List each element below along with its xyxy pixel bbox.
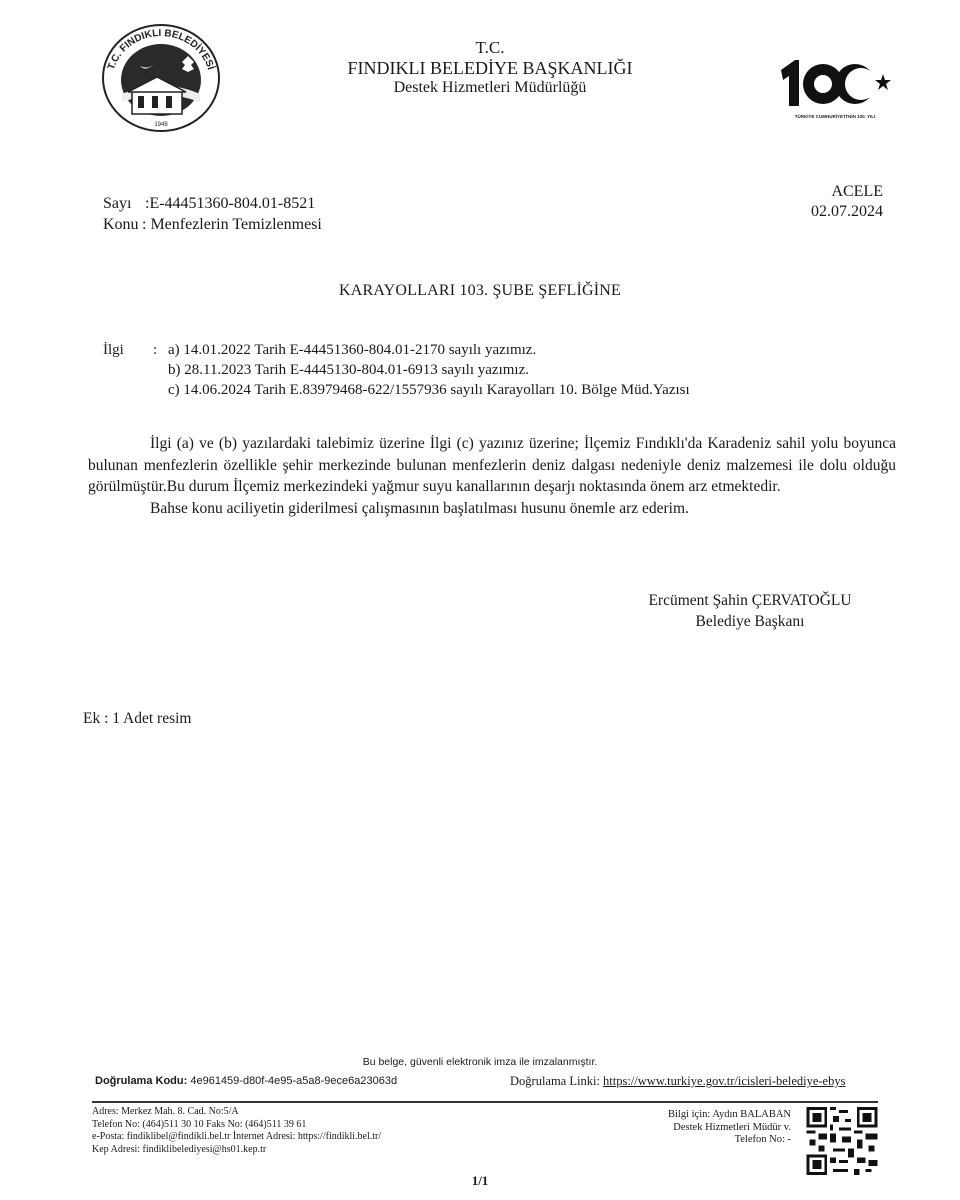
urgency-label: ACELE <box>811 182 883 202</box>
letterhead-institution: FINDIKLI BELEDİYE BAŞKANLIĞI <box>300 58 680 78</box>
info-phone: Telefon No: - <box>595 1134 791 1147</box>
svg-text:TÜRKİYE CUMHURİYETİ'NİN 100. Y: TÜRKİYE CUMHURİYETİ'NİN 100. YILI <box>795 113 876 119</box>
letter-body: İlgi (a) ve (b) yazılardaki talebimiz üz… <box>88 433 896 519</box>
contact-info: Adres: Merkez Mah. 8. Cad. No:5/A Telefo… <box>92 1106 381 1156</box>
verification-link-url[interactable]: https://www.turkiye.gov.tr/icisleri-bele… <box>603 1074 845 1088</box>
ilgi-label: İlgi <box>103 340 124 360</box>
document-date: 02.07.2024 <box>811 202 883 222</box>
phone-line: Telefon No: (464)511 30 10 Faks No: (464… <box>92 1119 381 1132</box>
page-number: 1/1 <box>0 1173 960 1189</box>
signer-name: Ercüment Şahin ÇERVATOĞLU <box>600 590 900 611</box>
email-line: e-Posta: findiklibel@findikli.bel.tr İnt… <box>92 1131 381 1144</box>
e-signature-note: Bu belge, güvenli elektronik imza ile im… <box>0 1056 960 1068</box>
body-paragraph: İlgi (a) ve (b) yazılardaki talebimiz üz… <box>88 433 896 498</box>
ilgi-list: a) 14.01.2022 Tarih E-44451360-804.01-21… <box>168 340 690 400</box>
konu-value: : Menfezlerin Temizlenmesi <box>142 216 322 233</box>
ilgi-colon: : <box>153 340 157 360</box>
sayi-row: Sayı:E-44451360-804.01-8521 <box>103 193 322 214</box>
info-contact: Bilgi için: Aydın BALABAN Destek Hizmetl… <box>595 1109 791 1147</box>
svg-text:1948: 1948 <box>154 122 168 128</box>
reference-block: Sayı:E-44451360-804.01-8521 Konu: Menfez… <box>103 193 322 235</box>
info-person: Bilgi için: Aydın BALABAN <box>595 1109 791 1122</box>
body-paragraph: Bahse konu aciliyetin giderilmesi çalışm… <box>88 498 896 520</box>
footer-divider <box>92 1101 878 1103</box>
verification-code-value: 4e961459-d80f-4e95-a5a8-9ece6a23063d <box>190 1075 397 1087</box>
address-line: Adres: Merkez Mah. 8. Cad. No:5/A <box>92 1106 381 1119</box>
sayi-value: :E-44451360-804.01-8521 <box>145 195 315 212</box>
ilgi-item: c) 14.06.2024 Tarih E.83979468-622/15579… <box>168 380 690 400</box>
info-title: Destek Hizmetleri Müdür v. <box>595 1122 791 1135</box>
letterhead-department: Destek Hizmetleri Müdürlüğü <box>300 78 680 98</box>
signature-block: Ercüment Şahin ÇERVATOĞLU Belediye Başka… <box>600 590 900 632</box>
urgency-date-block: ACELE 02.07.2024 <box>811 182 883 222</box>
letterhead: T.C. FINDIKLI BELEDİYE BAŞKANLIĞI Destek… <box>300 38 680 98</box>
centennial-100-logo: TÜRKİYE CUMHURİYETİ'NİN 100. YILI <box>775 52 895 122</box>
verification-link: Doğrulama Linki: https://www.turkiye.gov… <box>510 1074 845 1089</box>
signer-title: Belediye Başkanı <box>600 611 900 632</box>
recipient-heading: KARAYOLLARI 103. ŞUBE ŞEFLİĞİNE <box>0 282 960 300</box>
verification-code: Doğrulama Kodu: 4e961459-d80f-4e95-a5a8-… <box>95 1075 397 1087</box>
ilgi-item: a) 14.01.2022 Tarih E-44451360-804.01-21… <box>168 340 690 360</box>
konu-row: Konu: Menfezlerin Temizlenmesi <box>103 214 322 235</box>
municipality-seal-logo: 1948 T.C. FINDIKLI BELEDİYESİ <box>100 22 222 134</box>
letterhead-tc: T.C. <box>300 38 680 58</box>
kep-line: Kep Adresi: findiklibelediyesi@hs01.kep.… <box>92 1144 381 1157</box>
qr-code <box>806 1107 878 1175</box>
sayi-label: Sayı <box>103 193 145 214</box>
konu-label: Konu <box>103 214 142 235</box>
verification-link-label: Doğrulama Linki: <box>510 1074 600 1088</box>
attachment-note: Ek : 1 Adet resim <box>83 710 192 728</box>
ilgi-item: b) 28.11.2023 Tarih E-4445130-804.01-691… <box>168 360 690 380</box>
verification-code-label: Doğrulama Kodu: <box>95 1075 187 1087</box>
